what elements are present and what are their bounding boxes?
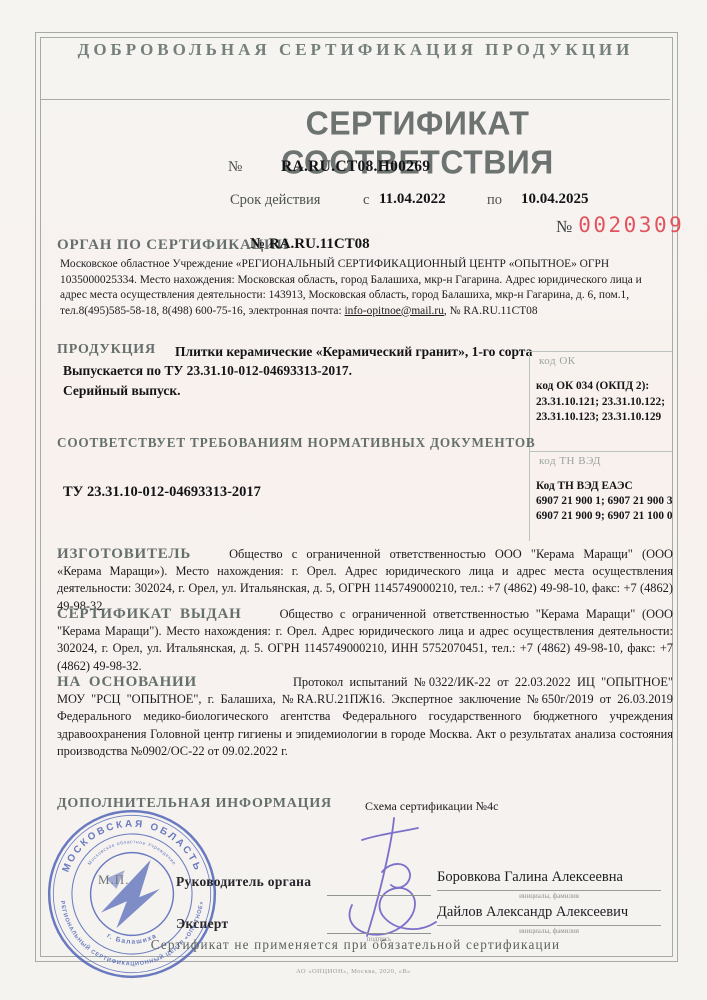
expert-name-underline xyxy=(437,925,661,926)
issued-to-block: СЕРТИФИКАТ ВЫДАНОбщество с ограниченной … xyxy=(57,606,673,675)
product-release-type: Серийный выпуск. xyxy=(63,383,181,399)
tnved-code-line: 6907 21 900 1; 6907 21 900 3 xyxy=(536,494,673,509)
tnved-code-values: Код ТН ВЭД ЕАЭС 6907 21 900 1; 6907 21 9… xyxy=(536,479,673,524)
ok-code-line: 23.31.10.123; 23.31.10.129 xyxy=(536,410,665,426)
ok-code-corner-label: код ОК xyxy=(539,355,576,367)
manufacturer-block: ИЗГОТОВИТЕЛЬОбщество с ограниченной отве… xyxy=(57,546,673,615)
conformity-standard: ТУ 23.31.10-012-04693313-2017 xyxy=(63,484,261,501)
footer-note: Сертификат не применяется при обязательн… xyxy=(35,937,676,953)
head-name-hint: инициалы, фамилия xyxy=(437,892,661,900)
organization-seal: МОСКОВСКАЯ ОБЛАСТЬ Московское областное … xyxy=(44,806,220,982)
section-label-product: ПРОДУКЦИЯ xyxy=(57,342,156,358)
product-spec: Выпускается по ТУ 23.31.10-012-04693313-… xyxy=(63,363,352,379)
certificate-document: ДОБРОВОЛЬНАЯ СЕРТИФИКАЦИЯ ПРОДУКЦИИ СЕРТ… xyxy=(0,0,707,1000)
expert-label: Эксперт xyxy=(176,916,228,932)
certification-body-email: info-opitnoe@mail.ru xyxy=(345,305,444,317)
validity-to-label: по xyxy=(487,192,502,209)
cert-number-value: RA.RU.CT08.H00269 xyxy=(281,158,430,176)
section-label-basis: НА ОСНОВАНИИ xyxy=(57,674,197,690)
certification-body-text: Московское областное Учреждение «РЕГИОНА… xyxy=(60,257,666,319)
tnved-code-line: Код ТН ВЭД ЕАЭС xyxy=(536,479,673,494)
svg-text:Московское областное Учреждени: Московское областное Учреждение xyxy=(87,840,176,867)
banner-heading: ДОБРОВОЛЬНАЯ СЕРТИФИКАЦИЯ ПРОДУКЦИИ xyxy=(35,40,676,60)
ok-box-top-line xyxy=(529,351,672,352)
seal-arc-top2-text: Московское областное Учреждение xyxy=(87,840,176,867)
expert-name: Дайлов Александр Алексеевич xyxy=(437,904,628,921)
certification-body-number: № RA.RU.11CT08 xyxy=(250,236,370,253)
head-signature-line xyxy=(327,895,431,896)
expert-signature-line xyxy=(327,933,431,934)
basis-block: НА ОСНОВАНИИПротокол испытаний №0322/ИК-… xyxy=(57,674,673,760)
blank-number: № 0020309 xyxy=(556,213,684,237)
head-name-underline xyxy=(437,890,661,891)
head-of-body-label: Руководитель органа xyxy=(176,874,311,890)
tnved-code-corner-label: код ТН ВЭД xyxy=(539,455,601,467)
cert-number-label: № xyxy=(228,159,242,176)
section-label-conformity: СООТВЕТСТВУЕТ ТРЕБОВАНИЯМ НОРМАТИВНЫХ ДО… xyxy=(57,435,536,451)
stamp-place-label: М.П. xyxy=(98,872,129,888)
section-label-manufacturer: ИЗГОТОВИТЕЛЬ xyxy=(57,546,191,562)
tnved-box-top-line xyxy=(529,451,672,452)
validity-to-date: 10.04.2025 xyxy=(521,191,589,208)
seal-bird-emblem xyxy=(101,860,160,928)
validity-label: Срок действия xyxy=(230,192,320,209)
certification-body-number-repeat: , № RA.RU.11CT08 xyxy=(444,305,538,317)
section-label-issued-to: СЕРТИФИКАТ ВЫДАН xyxy=(57,606,242,622)
header-divider xyxy=(41,99,670,100)
head-name: Боровкова Галина Алексеевна xyxy=(437,869,623,886)
ok-code-line: код ОК 034 (ОКПД 2): xyxy=(536,379,665,395)
ok-code-line: 23.31.10.121; 23.31.10.122; xyxy=(536,395,665,411)
validity-from-date: 11.04.2022 xyxy=(379,191,446,208)
expert-name-hint: инициалы, фамилия xyxy=(437,927,661,935)
tnved-code-line: 6907 21 900 9; 6907 21 100 0 xyxy=(536,509,673,524)
blank-number-value: 0020309 xyxy=(578,213,684,237)
product-name: Плитки керамические «Керамический гранит… xyxy=(175,344,532,360)
ok-code-values: код ОК 034 (ОКПД 2): 23.31.10.121; 23.31… xyxy=(536,379,665,426)
print-house-info: АО «ОПЦИОН», Москва, 2020, «В» xyxy=(0,968,707,975)
blank-number-label: № xyxy=(556,217,572,237)
validity-from-label: с xyxy=(363,192,369,209)
